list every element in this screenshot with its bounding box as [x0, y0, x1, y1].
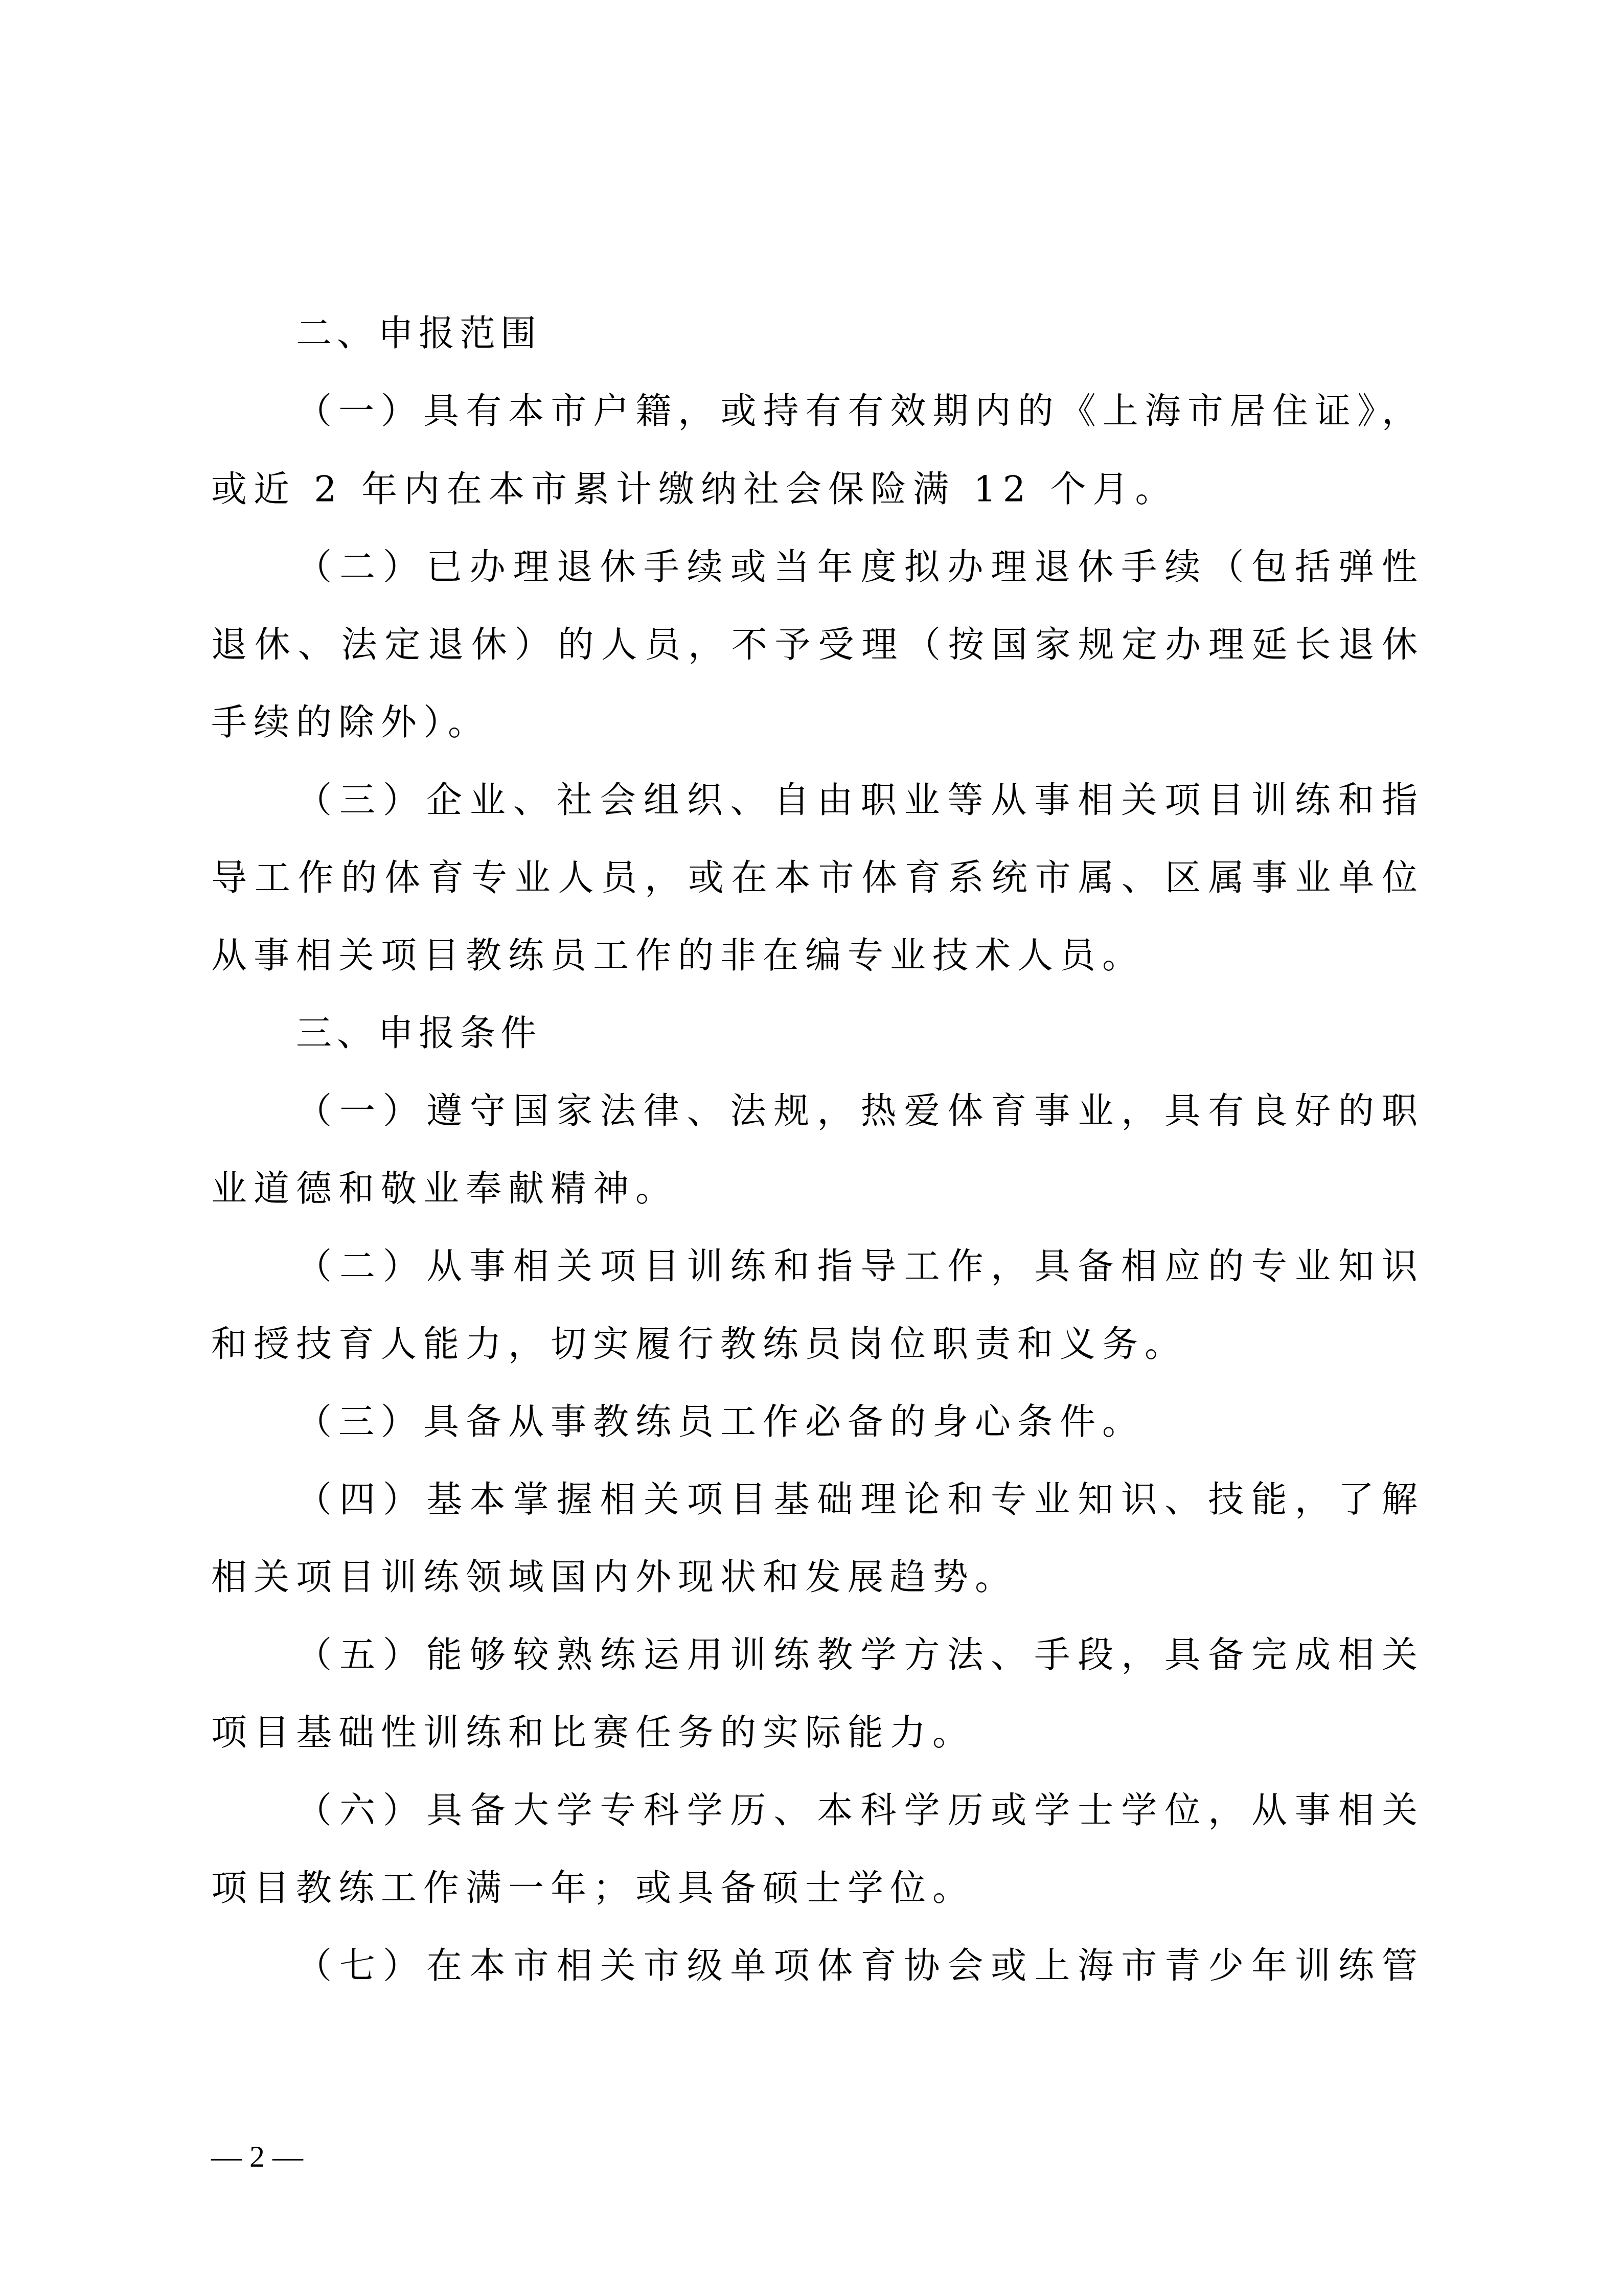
paragraph-line: （四）基本掌握相关项目基础理论和专业知识、技能，了解 — [296, 1469, 1418, 1530]
paragraph-line: 和授技育人能力，切实履行教练员岗位职责和义务。 — [211, 1313, 1418, 1375]
paragraph-line: 手续的除外）。 — [211, 692, 1418, 753]
paragraph-line: （三）企业、社会组织、自由职业等从事相关项目训练和指 — [296, 769, 1418, 831]
paragraph-line: （六）具备大学专科学历、本科学历或学士学位，从事相关 — [296, 1780, 1418, 1841]
paragraph-line: 相关项目训练领域国内外现状和发展趋势。 — [211, 1547, 1418, 1608]
paragraph-line: 项目基础性训练和比赛任务的实际能力。 — [211, 1702, 1418, 1763]
paragraph-line: （五）能够较熟练运用训练教学方法、手段，具备完成相关 — [296, 1624, 1418, 1686]
paragraph-line: （二）已办理退休手续或当年度拟办理退休手续（包括弹性 — [296, 536, 1418, 598]
paragraph-line: （三）具备从事教练员工作必备的身心条件。 — [296, 1391, 1418, 1452]
paragraph-line: （七）在本市相关市级单项体育协会或上海市青少年训练管 — [296, 1935, 1418, 1996]
paragraph-line: 或近 2 年内在本市累计缴纳社会保险满 12 个月。 — [211, 459, 1418, 520]
section-heading-application-scope: 二、申报范围 — [296, 303, 1418, 364]
paragraph-line: （一）遵守国家法律、法规，热爱体育事业，具有良好的职 — [296, 1080, 1418, 1142]
paragraph-line: （二）从事相关项目训练和指导工作，具备相应的专业知识 — [296, 1236, 1418, 1297]
section-heading-application-conditions: 三、申报条件 — [296, 1003, 1418, 1064]
paragraph-line: 导工作的体育专业人员，或在本市体育系统市属、区属事业单位 — [211, 847, 1418, 908]
paragraph-line: 业道德和敬业奉献精神。 — [211, 1158, 1418, 1219]
paragraph-line: （一）具有本市户籍，或持有有效期内的《上海市居住证》， — [296, 380, 1418, 442]
paragraph-line: 从事相关项目教练员工作的非在编专业技术人员。 — [211, 925, 1418, 986]
paragraph-line: 退休、法定退休）的人员，不予受理（按国家规定办理延长退休 — [211, 614, 1418, 675]
page-number: — 2 — — [211, 2136, 303, 2177]
paragraph-line: 项目教练工作满一年；或具备硕士学位。 — [211, 1857, 1418, 1919]
document-page: 二、申报范围 （一）具有本市户籍，或持有有效期内的《上海市居住证》， 或近 2 … — [0, 0, 1623, 2296]
